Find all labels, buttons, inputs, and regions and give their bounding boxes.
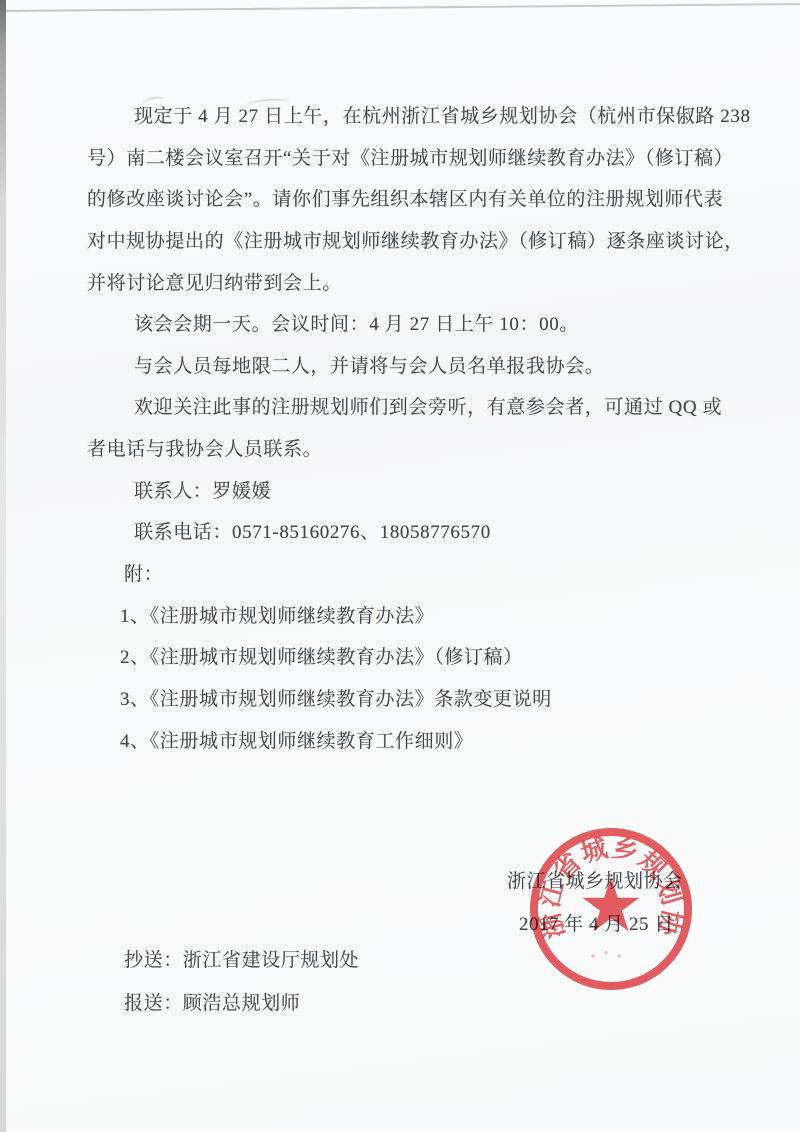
scanned-letter-page: 现定于 4 月 27 日上午，在杭州浙江省城乡规划协会（杭州市保俶路 238 号… xyxy=(0,0,800,1132)
contact-phone-line: 联系电话：0571-85160276、18058776570 xyxy=(134,520,491,546)
svg-text:浙江省城乡规划协会: 浙江省城乡规划协会 xyxy=(481,779,687,942)
report-line: 报送：顾浩总规划师 xyxy=(124,991,300,1017)
contact-person-line: 联系人：罗媛媛 xyxy=(134,479,271,505)
body-line: 号）南二楼会议室召开“关于对《注册城市规划师继续教育办法》（修订稿） xyxy=(87,146,733,172)
body-line: 者电话与我协会人员联系。 xyxy=(87,437,322,463)
seal-text: 浙江省城乡规划协会 xyxy=(481,779,687,942)
attachment-item: 2、《注册城市规划师继续教育办法》（修订稿） xyxy=(120,645,523,671)
body-line: 对中规协提出的《注册城市规划师继续教育办法》（修订稿）逐条座谈讨论， xyxy=(87,229,744,255)
scan-edge-top xyxy=(6,3,800,12)
body-line: 现定于 4 月 27 日上午，在杭州浙江省城乡规划协会（杭州市保俶路 238 xyxy=(134,104,751,130)
body-line: 欢迎关注此事的注册规划师们到会旁听，有意参会者，可通过 QQ 或 xyxy=(134,395,722,421)
attachment-item: 3、《注册城市规划师继续教育办法》条款变更说明 xyxy=(120,687,552,713)
attachment-item: 1、《注册城市规划师继续教育办法》 xyxy=(120,604,434,630)
attendee-limit-line: 与会人员每地限二人，并请将与会人员名单报我协会。 xyxy=(134,354,604,380)
meeting-time-line: 该会会期一天。会议时间：4 月 27 日上午 10：00。 xyxy=(134,312,579,338)
cc-line: 抄送：浙江省建设厅规划处 xyxy=(124,948,359,974)
scan-edge-left xyxy=(0,0,6,1132)
seal-serial-dots xyxy=(591,951,620,957)
body-line: 并将讨论意见归纳带到会上。 xyxy=(87,271,342,297)
body-line: 的修改座谈讨论会”。请你们事先组织本辖区内有关单位的注册规划师代表 xyxy=(87,187,723,213)
star-icon xyxy=(583,877,640,931)
official-seal-stamp: 浙江省城乡规划协会 xyxy=(481,779,741,1039)
attachment-item: 4、《注册城市规划师继续教育工作细则》 xyxy=(120,729,473,755)
attachments-label: 附： xyxy=(124,562,163,588)
